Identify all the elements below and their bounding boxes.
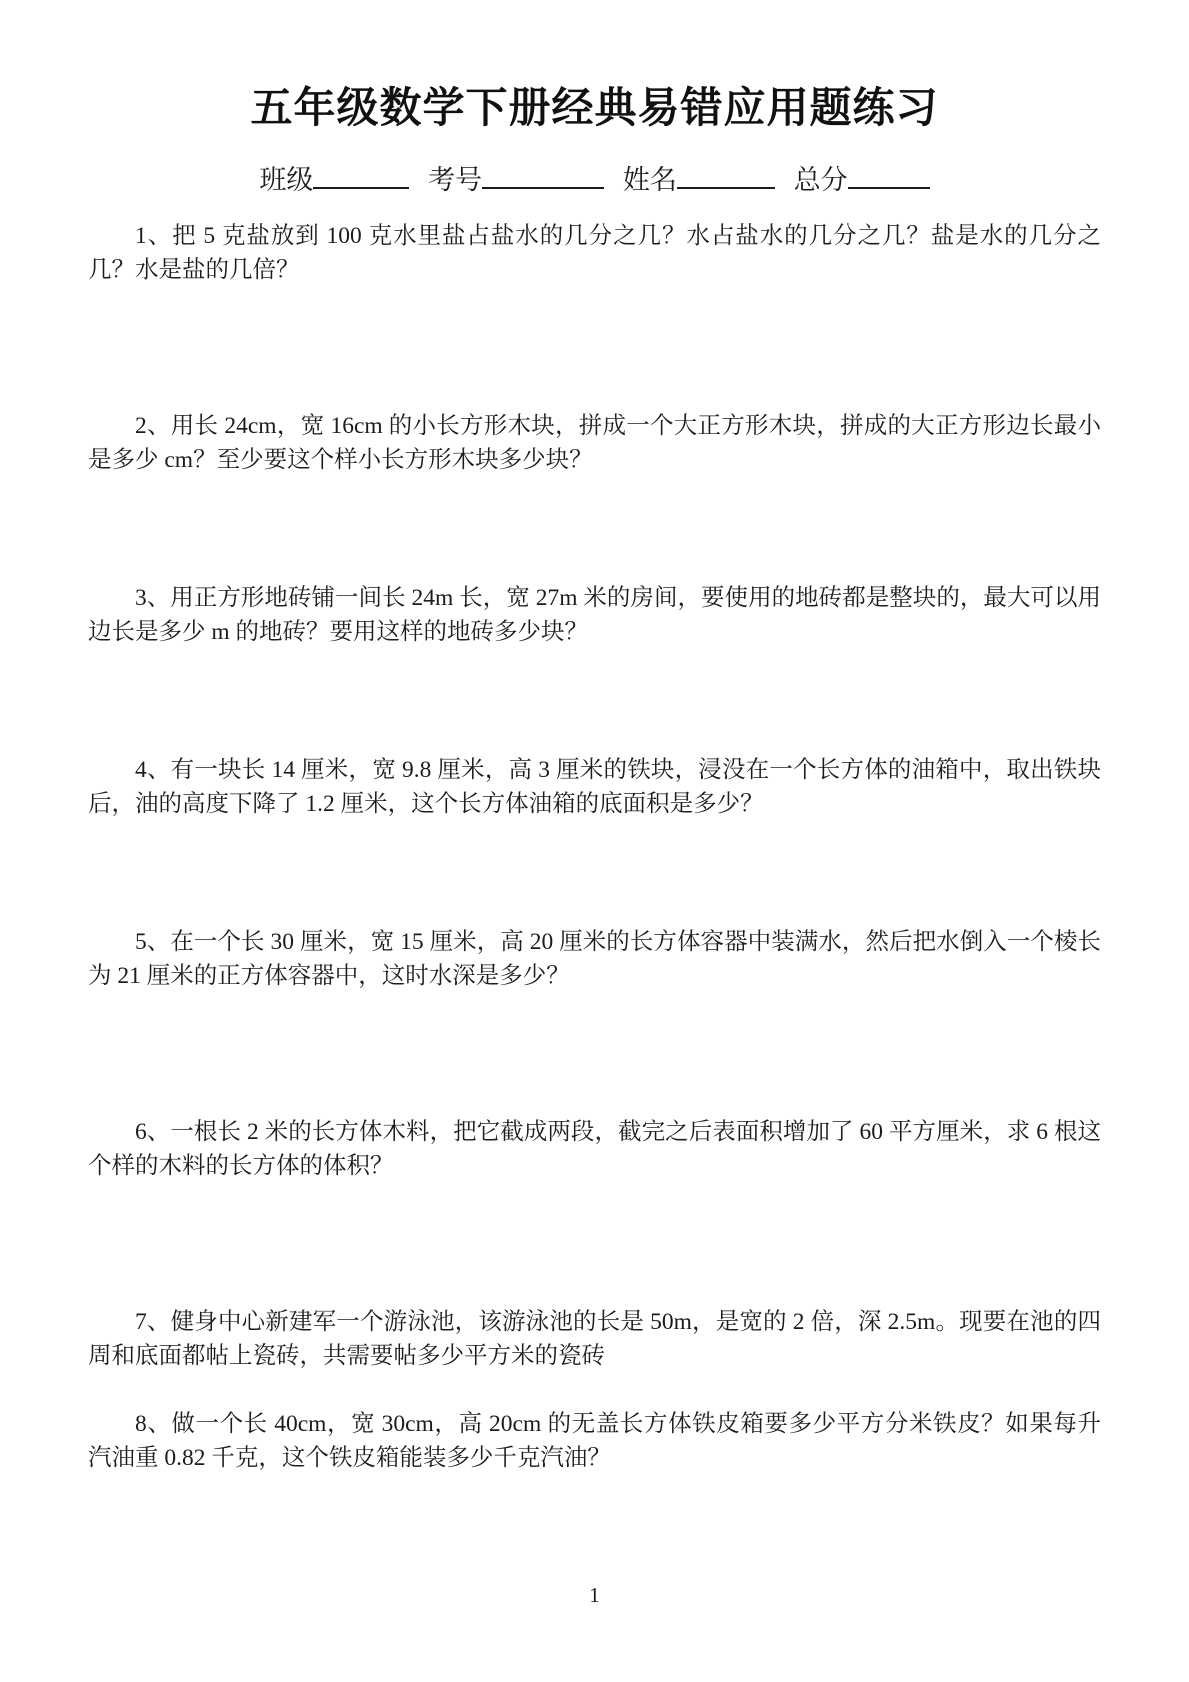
- class-label: 班级: [259, 158, 313, 197]
- question-5: 5、在一个长 30 厘米，宽 15 厘米，高 20 厘米的长方体容器中装满水，然…: [88, 925, 1101, 993]
- page-number: 1: [0, 1583, 1189, 1608]
- exam-number-field-group: 考号: [428, 158, 604, 197]
- page-title: 五年级数学下册经典易错应用题练习: [88, 84, 1101, 132]
- class-field-group: 班级: [259, 158, 409, 197]
- total-score-blank-line: [848, 161, 930, 189]
- question-2: 2、用长 24cm，宽 16cm 的小长方形木块，拼成一个大正方形木块，拼成的大…: [88, 409, 1101, 477]
- question-1: 1、把 5 克盐放到 100 克水里盐占盐水的几分之几？水占盐水的几分之几？盐是…: [88, 219, 1101, 287]
- total-score-field-group: 总分: [794, 158, 930, 197]
- name-blank-line: [677, 161, 775, 189]
- question-7: 7、健身中心新建军一个游泳池，该游泳池的长是 50m，是宽的 2 倍，深 2.5…: [88, 1305, 1101, 1373]
- question-6: 6、一根长 2 米的长方体木料，把它截成两段，截完之后表面积增加了 60 平方厘…: [88, 1115, 1101, 1183]
- total-score-label: 总分: [794, 158, 848, 197]
- exam-number-blank-line: [482, 161, 604, 189]
- class-blank-line: [313, 161, 409, 189]
- question-4: 4、有一块长 14 厘米，宽 9.8 厘米，高 3 厘米的铁块，浸没在一个长方体…: [88, 753, 1101, 821]
- exam-number-label: 考号: [428, 158, 482, 197]
- worksheet-page: 五年级数学下册经典易错应用题练习 班级 考号 姓名 总分 1、把 5 克盐放到 …: [0, 0, 1189, 1682]
- question-8: 8、做一个长 40cm，宽 30cm，高 20cm 的无盖长方体铁皮箱要多少平方…: [88, 1407, 1101, 1475]
- question-3: 3、用正方形地砖铺一间长 24m 长，宽 27m 米的房间，要使用的地砖都是整块…: [88, 581, 1101, 649]
- student-info-row: 班级 考号 姓名 总分: [88, 158, 1101, 197]
- name-label: 姓名: [623, 158, 677, 197]
- name-field-group: 姓名: [623, 158, 775, 197]
- question-list: 1、把 5 克盐放到 100 克水里盐占盐水的几分之几？水占盐水的几分之几？盐是…: [88, 219, 1101, 1475]
